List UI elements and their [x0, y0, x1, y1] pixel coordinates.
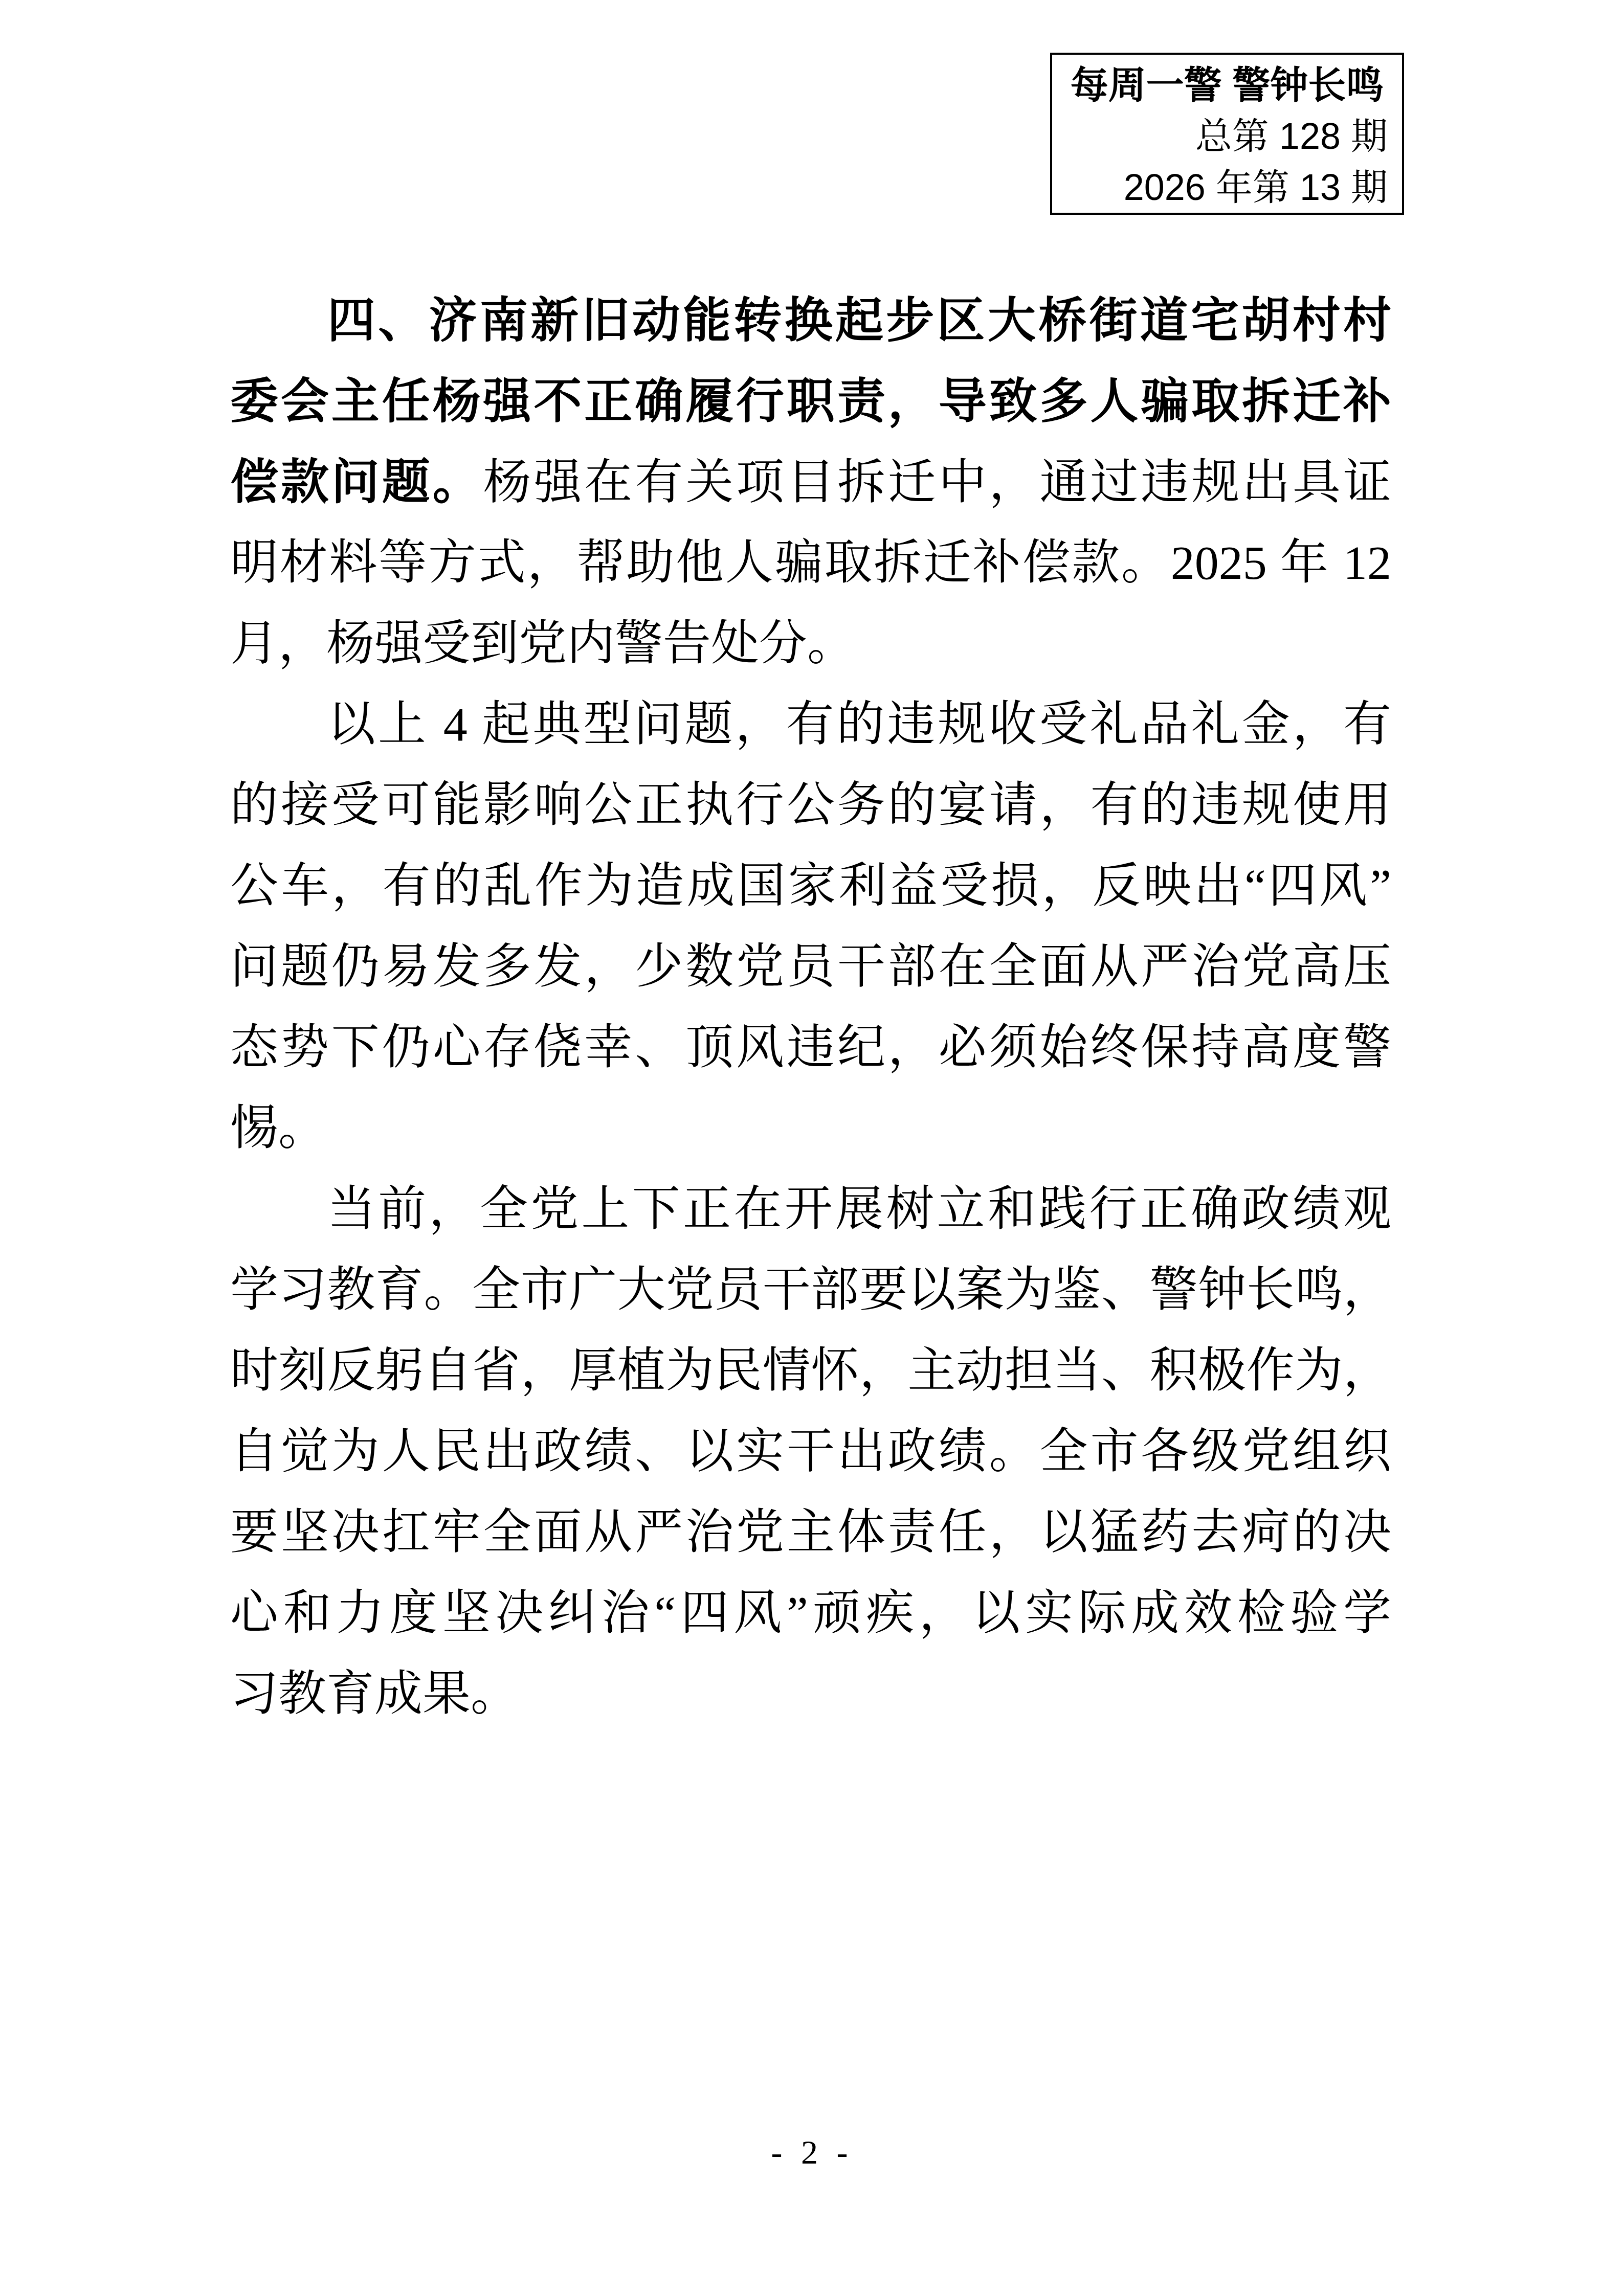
p1-line-3-rest: 杨强在有关项目拆迁中，通过违规出具证 [483, 456, 1391, 509]
document-body: 四、济南新旧动能转换起步区大桥街道宅胡村村 委会主任杨强不正确履行职责，导致多人… [230, 280, 1391, 1735]
p3-line-7: 习教育成果。 [230, 1654, 1391, 1735]
p3-line-2: 学习教育。全市广大党员干部要以案为鉴、警钟长鸣， [230, 1250, 1391, 1331]
p1-line-1: 四、济南新旧动能转换起步区大桥街道宅胡村村 [230, 280, 1391, 361]
p3-line-3: 时刻反躬自省，厚植为民情怀，主动担当、积极作为， [230, 1331, 1391, 1411]
issue-total-number: 总第 128 期 [1052, 111, 1402, 162]
p1-line-5: 月，杨强受到党内警告处分。 [230, 603, 1391, 684]
p2-line-5: 态势下仍心存侥幸、顶风违纪，必须始终保持高度警 [230, 1007, 1391, 1088]
p3-line-4: 自觉为人民出政绩、以实干出政绩。全市各级党组织 [230, 1411, 1391, 1492]
p3-line-6: 心和力度坚决纠治“四风”顽疾，以实际成效检验学 [230, 1573, 1391, 1654]
document-page: 每周一警 警钟长鸣 总第 128 期 2026 年第 13 期 四、济南新旧动能… [0, 0, 1624, 2296]
p1-line-1-text: 四、济南新旧动能转换起步区大桥街道宅胡村村 [327, 294, 1391, 347]
p1-line-2-text: 委会主任杨强不正确履行职责，导致多人骗取拆迁补 [230, 374, 1391, 428]
issue-info-box: 每周一警 警钟长鸣 总第 128 期 2026 年第 13 期 [1050, 53, 1404, 215]
p1-line-2: 委会主任杨强不正确履行职责，导致多人骗取拆迁补 [230, 361, 1391, 442]
paragraph-3: 当前，全党上下正在开展树立和践行正确政绩观 学习教育。全市广大党员干部要以案为鉴… [230, 1169, 1391, 1735]
p2-line-3: 公车，有的乱作为造成国家利益受损，反映出“四风” [230, 846, 1391, 927]
paragraph-2: 以上 4 起典型问题，有的违规收受礼品礼金，有 的接受可能影响公正执行公务的宴请… [230, 684, 1391, 1169]
p1-line-3-lead: 偿款问题。 [230, 455, 483, 509]
p2-line-1: 以上 4 起典型问题，有的违规收受礼品礼金，有 [230, 684, 1391, 765]
p1-line-3: 偿款问题。杨强在有关项目拆迁中，通过违规出具证 [230, 442, 1391, 523]
paragraph-1: 四、济南新旧动能转换起步区大桥街道宅胡村村 委会主任杨强不正确履行职责，导致多人… [230, 280, 1391, 684]
p3-line-1: 当前，全党上下正在开展树立和践行正确政绩观 [230, 1169, 1391, 1250]
p3-line-5: 要坚决扛牢全面从严治党主体责任，以猛药去疴的决 [230, 1492, 1391, 1573]
bulletin-title: 每周一警 警钟长鸣 [1052, 60, 1402, 111]
p2-line-2: 的接受可能影响公正执行公务的宴请，有的违规使用 [230, 765, 1391, 846]
page-number: - 2 - [0, 2133, 1624, 2172]
issue-year-number: 2026 年第 13 期 [1052, 162, 1402, 213]
p1-line-4: 明材料等方式，帮助他人骗取拆迁补偿款。2025 年 12 [230, 523, 1391, 603]
p2-line-6: 惕。 [230, 1088, 1391, 1169]
p2-line-4: 问题仍易发多发，少数党员干部在全面从严治党高压 [230, 927, 1391, 1007]
